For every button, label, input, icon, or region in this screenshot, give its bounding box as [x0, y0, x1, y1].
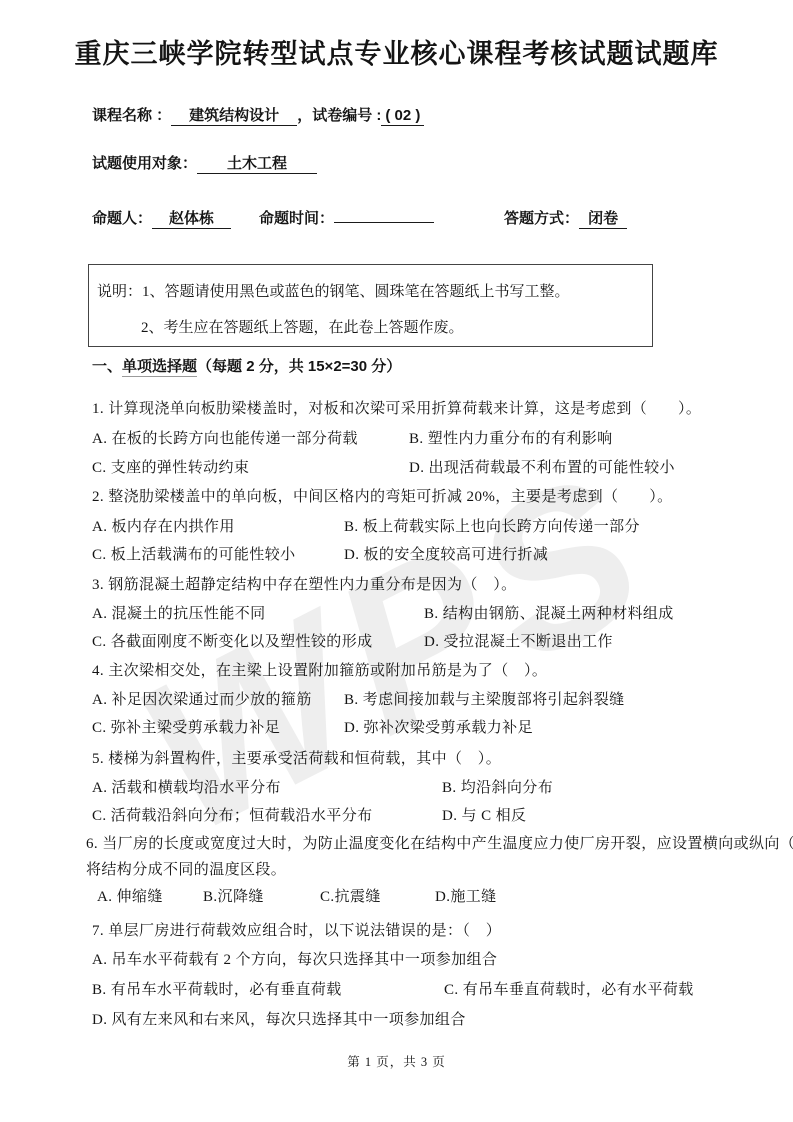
option-d: D. 与 C 相反 — [442, 808, 526, 824]
audience-value: 土木工程 — [197, 155, 317, 174]
question-1-text: 1. 计算现浇单向板肋梁楼盖时，对板和次梁可采用折算荷载来计算，这是考虑到（ ）… — [92, 399, 701, 419]
setter-label: 命题人： — [92, 210, 152, 227]
question-2-options-row-2: C. 板上活载满布的可能性较小D. 板的安全度较高可进行折减 — [92, 545, 548, 565]
option-b: B. 塑性内力重分布的有利影响 — [409, 431, 613, 447]
option-d: D. 出现活荷载最不利布置的可能性较小 — [409, 460, 675, 476]
course-name-value: 建筑结构设计 — [171, 107, 297, 126]
question-7-text: 7. 单层厂房进行荷载效应组合时，以下说法错误的是：（ ） — [92, 921, 501, 941]
option-c: C. 有吊车垂直荷载时，必有水平荷载 — [444, 982, 694, 998]
audience-field-line: 试题使用对象：土木工程 — [92, 154, 317, 174]
question-6-text-line-1: 6. 当厂房的长度或宽度过大时，为防止温度变化在结构中产生温度应力使厂房开裂，应… — [86, 834, 793, 854]
option-a: A. 在板的长跨方向也能传递一部分荷载 — [92, 429, 409, 449]
question-1-options-row-1: A. 在板的长跨方向也能传递一部分荷载B. 塑性内力重分布的有利影响 — [92, 429, 613, 449]
notice-line-2: 2、考生应在答题纸上答题，在此卷上答题作废。 — [141, 316, 652, 337]
option-a: A. 吊车水平荷载有 2 个方向，每次只选择其中一项参加组合 — [92, 952, 497, 968]
option-c: C. 活荷载沿斜向分布；恒荷载沿水平分布 — [92, 806, 442, 826]
notice-box: 说明：1、答题请使用黑色或蓝色的钢笔、圆珠笔在答题纸上书写工整。 2、考生应在答… — [88, 264, 653, 347]
option-d: D. 板的安全度较高可进行折减 — [344, 547, 548, 563]
section-heading: 一、单项选择题（每题 2 分，共 15×2=30 分） — [92, 357, 401, 377]
option-c: C. 支座的弹性转动约束 — [92, 458, 409, 478]
option-a: A. 板内存在内拱作用 — [92, 517, 344, 537]
option-b: B. 板上荷载实际上也向长跨方向传递一部分 — [344, 519, 640, 535]
question-3-text: 3. 钢筋混凝土超静定结构中存在塑性内力重分布是因为（ ）。 — [92, 575, 517, 595]
option-b: B. 结构由钢筋、混凝土两种材料组成 — [424, 606, 674, 622]
question-5-options-row-1: A. 活载和横载均沿水平分布B. 均沿斜向分布 — [92, 778, 553, 798]
page-number: 第 1 页，共 3 页 — [0, 1052, 793, 1070]
question-7-options-row-2: B. 有吊车水平荷载时，必有垂直荷载C. 有吊车垂直荷载时，必有水平荷载 — [92, 980, 694, 1000]
time-blank-field — [334, 206, 434, 223]
question-6-text-line-2: 将结构分成不同的温度区段。 — [86, 860, 286, 880]
question-7-option-d-row: D. 风有左来风和右来风，每次只选择其中一项参加组合 — [92, 1010, 466, 1030]
option-b: B. 有吊车水平荷载时，必有垂直荷载 — [92, 980, 444, 1000]
notice-line-1: 说明：1、答题请使用黑色或蓝色的钢笔、圆珠笔在答题纸上书写工整。 — [97, 280, 652, 301]
question-3-options-row-1: A. 混凝土的抗压性能不同B. 结构由钢筋、混凝土两种材料组成 — [92, 604, 674, 624]
option-a: A. 伸缩缝 — [97, 887, 203, 907]
exam-title: 重庆三峡学院转型试点专业核心课程考核试题试题库 — [0, 34, 793, 74]
option-c: C.抗震缝 — [320, 887, 435, 907]
section-number: 一、 — [92, 358, 122, 375]
exam-paper-page: WPS 重庆三峡学院转型试点专业核心课程考核试题试题库 课程名称 ：建筑结构设计… — [0, 0, 793, 1122]
question-3-options-row-2: C. 各截面刚度不断变化以及塑性铰的形成D. 受拉混凝土不断退出工作 — [92, 632, 613, 652]
question-2-text: 2. 整浇肋梁楼盖中的单向板，中间区格内的弯矩可折减 20%，主要是考虑到（ ）… — [92, 487, 673, 507]
option-a: A. 混凝土的抗压性能不同 — [92, 604, 424, 624]
time-label: 命题时间： — [259, 210, 334, 227]
option-a: A. 活载和横载均沿水平分布 — [92, 778, 442, 798]
option-c: C. 各截面刚度不断变化以及塑性铰的形成 — [92, 632, 424, 652]
option-b: B. 考虑间接加载与主梁腹部将引起斜裂缝 — [344, 692, 625, 708]
section-name: 单项选择题 — [122, 358, 197, 377]
question-4-text: 4. 主次梁相交处，在主梁上设置附加箍筋或附加吊筋是为了（ ）。 — [92, 661, 547, 681]
question-6-options-row: A. 伸缩缝B.沉降缝C.抗震缝D.施工缝 — [97, 887, 497, 907]
answer-mode-label: 答题方式： — [504, 210, 579, 227]
question-4-options-row-1: A. 补足因次梁通过而少放的箍筋B. 考虑间接加载与主梁腹部将引起斜裂缝 — [92, 690, 625, 710]
option-d: D. 受拉混凝土不断退出工作 — [424, 634, 613, 650]
question-1-options-row-2: C. 支座的弹性转动约束D. 出现活荷载最不利布置的可能性较小 — [92, 458, 675, 478]
course-name-label: 课程名称 ： — [92, 107, 171, 124]
option-b: B.沉降缝 — [203, 887, 320, 907]
course-field-line: 课程名称 ：建筑结构设计，试卷编号 :( 02 ) — [92, 106, 424, 126]
option-d: D.施工缝 — [435, 889, 497, 905]
question-5-options-row-2: C. 活荷载沿斜向分布；恒荷载沿水平分布D. 与 C 相反 — [92, 806, 526, 826]
setter-value: 赵体栋 — [152, 210, 231, 229]
section-score-note: （每题 2 分，共 15×2=30 分） — [197, 358, 401, 375]
paper-number-value: ( 02 ) — [381, 107, 424, 126]
option-b: B. 均沿斜向分布 — [442, 780, 553, 796]
option-c: C. 弥补主梁受剪承载力补足 — [92, 718, 344, 738]
question-4-options-row-2: C. 弥补主梁受剪承载力补足D. 弥补次梁受剪承载力补足 — [92, 718, 533, 738]
option-d: D. 弥补次梁受剪承载力补足 — [344, 720, 533, 736]
answer-mode-value: 闭卷 — [579, 210, 627, 229]
question-5-text: 5. 楼梯为斜置构件，主要承受活荷载和恒荷载，其中（ ）。 — [92, 749, 501, 769]
question-2-options-row-1: A. 板内存在内拱作用B. 板上荷载实际上也向长跨方向传递一部分 — [92, 517, 640, 537]
option-d: D. 风有左来风和右来风，每次只选择其中一项参加组合 — [92, 1012, 466, 1028]
question-7-option-a-row: A. 吊车水平荷载有 2 个方向，每次只选择其中一项参加组合 — [92, 950, 497, 970]
audience-label: 试题使用对象： — [92, 155, 197, 172]
option-a: A. 补足因次梁通过而少放的箍筋 — [92, 690, 344, 710]
paper-number-label: ，试卷编号 : — [297, 107, 381, 124]
option-c: C. 板上活载满布的可能性较小 — [92, 545, 344, 565]
setter-field-line: 命题人：赵体栋命题时间：答题方式：闭卷 — [92, 206, 627, 229]
